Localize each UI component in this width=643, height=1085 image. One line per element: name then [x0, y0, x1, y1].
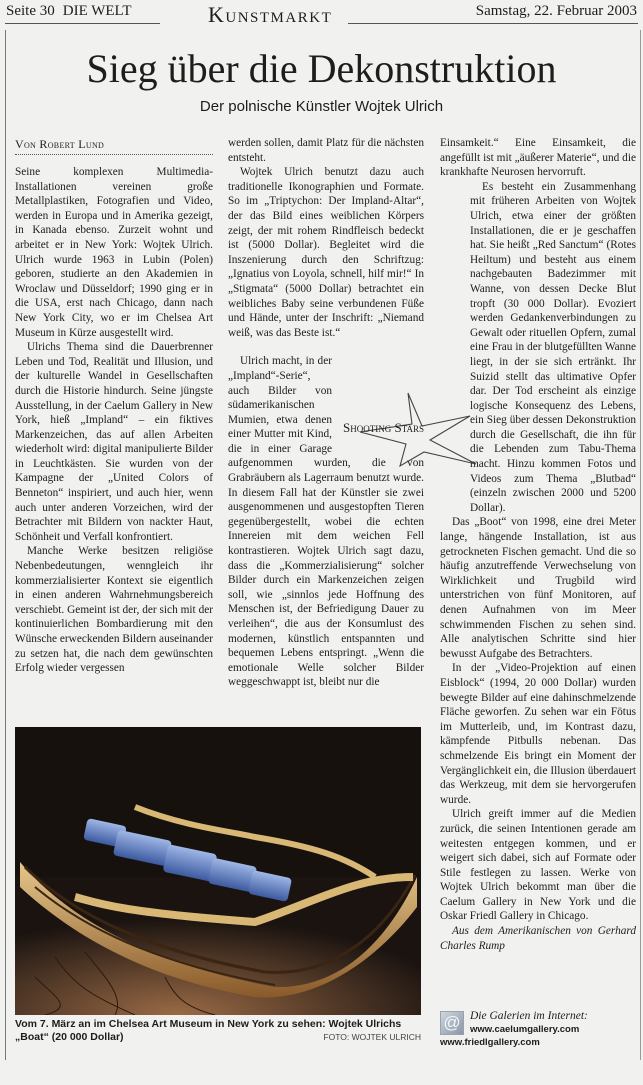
subheadline: Der polnische Künstler Wojtek Ulrich — [0, 98, 643, 115]
byline: Von Robert Lund — [15, 137, 213, 155]
newspaper-name: DIE WELT — [63, 3, 132, 19]
masthead-rule-right — [348, 23, 638, 24]
artwork-photo — [15, 727, 421, 1015]
paragraph: Einsamkeit.“ Eine Einsamkeit, die angefü… — [440, 136, 636, 180]
masthead-rule-left — [5, 23, 160, 24]
paragraph: Manche Werke besitzen religiöse Nebenbed… — [15, 544, 213, 675]
masthead: Seite 30DIE WELT Kunstmarkt Samstag, 22.… — [0, 0, 643, 30]
paragraph: Ulrich greift immer auf die Medien zurüc… — [440, 807, 636, 924]
paragraph: Wojtek Ulrich benutzt dazu auch traditio… — [228, 165, 424, 340]
frame-rule-right — [640, 30, 641, 1060]
translation-credit: Aus dem Amerikanischen von Gerhard Charl… — [440, 924, 636, 953]
paragraph: In der „Video-Projektion auf einen Eisbl… — [440, 661, 636, 807]
headline: Sieg über die Dekonstruktion — [0, 45, 643, 93]
gallery-url-friedl[interactable]: www.friedlgallery.com — [440, 1037, 540, 1048]
links-label: Die Galerien im Internet: — [470, 1010, 588, 1022]
paragraph: werden sollen, damit Platz für die nächs… — [228, 136, 424, 165]
paragraph: Das „Boot“ von 1998, eine drei Meter lan… — [440, 515, 636, 661]
article-column-1: Seine komplexen Multimedia-Installatione… — [15, 165, 213, 676]
page-number: Seite 30 — [6, 3, 55, 19]
paragraph: Seine komplexen Multimedia-Installatione… — [15, 165, 213, 340]
frame-rule-left — [5, 30, 6, 1060]
shooting-stars-label: Shooting Stars — [343, 420, 424, 436]
boat-image — [15, 727, 421, 1015]
at-sign-icon: @ — [440, 1011, 464, 1035]
photo-credit: FOTO: WOJTEK ULRICH — [323, 1032, 421, 1042]
issue-date: Samstag, 22. Februar 2003 — [476, 3, 637, 20]
article-column-3: Einsamkeit.“ Eine Einsamkeit, die angefü… — [440, 136, 636, 953]
page-info: Seite 30DIE WELT — [6, 3, 132, 20]
section-title: Kunstmarkt — [208, 2, 332, 28]
paragraph: Ulrichs Thema sind die Dauerbrenner Lebe… — [15, 340, 213, 544]
gallery-url-caelum[interactable]: www.caelumgallery.com — [470, 1024, 579, 1035]
